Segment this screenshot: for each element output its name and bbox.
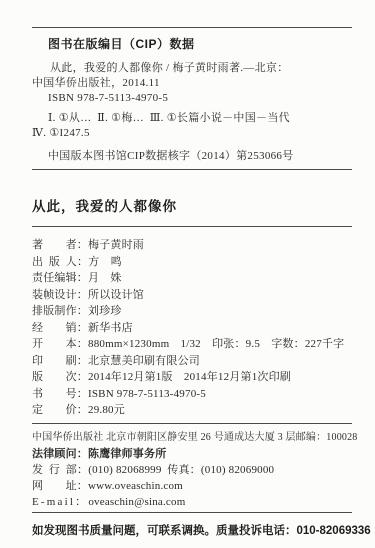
colophon-value: 29.80元 [88, 404, 125, 416]
book-copyright-page: 图书在版编目（CIP）数据 从此，我爱的人都像你 / 梅子黄时雨著.—北京： 中… [0, 0, 375, 548]
colophon-value: 2014年12月第1版 2014年12月第1次印刷 [88, 371, 291, 383]
email-label: E-mail： [32, 496, 88, 508]
colophon-row-distribution: 经 销：新华书店 [32, 320, 352, 337]
colophon-row-format: 开 本：880mm×1230mm 1/32 印张：9.5 字数：227千字 [32, 336, 352, 353]
colophon-label: 责任编辑： [32, 272, 88, 284]
colophon-row-isbn: 书 号：ISBN 978-7-5113-4970-5 [32, 386, 352, 403]
divider-after-title [32, 226, 352, 227]
colophon-label: 定 价： [32, 404, 88, 416]
colophon-row-edition: 版 次：2014年12月第1版 2014年12月第1次印刷 [32, 369, 352, 386]
colophon-label: 开 本： [32, 338, 88, 350]
colophon-label: 印 刷： [32, 355, 88, 367]
cip-registry-line: 中国版本图书馆CIP数据核字（2014）第253066号 [32, 149, 352, 164]
distribution-dept-label: 发 行 部： [32, 464, 88, 476]
colophon-label: 经 销： [32, 322, 88, 334]
cip-record-line: 从此，我爱的人都像你 / 梅子黄时雨著.—北京： [32, 61, 352, 76]
book-title: 从此，我爱的人都像你 [32, 198, 352, 215]
colophon-value: 方 鸣 [88, 256, 122, 268]
publisher-address-line: 中国华侨出版社 北京市朝阳区静安里 26 号通成达大厦 3 层 邮编：10002… [32, 430, 352, 446]
cip-classification-block: Ⅰ. ①从… Ⅱ. ①梅… Ⅲ. ①长篇小说－中国－当代 Ⅳ. ①I247.5 [32, 111, 352, 141]
colophon-row-publisher: 出 版 人：方 鸣 [32, 254, 352, 271]
cip-record-line: ISBN 978-7-5113-4970-5 [32, 91, 352, 106]
colophon-value: ISBN 978-7-5113-4970-5 [88, 388, 206, 400]
divider-top [32, 27, 352, 28]
email-address: oveaschin@sina.com [88, 496, 185, 508]
cip-classification-line: Ⅰ. ①从… Ⅱ. ①梅… Ⅲ. ①长篇小说－中国－当代 [32, 111, 352, 126]
colophon-row-editor: 责任编辑：月 姝 [32, 270, 352, 287]
colophon-label: 排版制作： [32, 305, 88, 317]
divider-before-footer [32, 423, 352, 424]
colophon-row-typesetting: 排版制作：刘珍珍 [32, 303, 352, 320]
cip-record-block: 从此，我爱的人都像你 / 梅子黄时雨著.—北京： 中国华侨出版社，2014.11… [32, 61, 352, 106]
legal-advisor-label: 法律顾问： [32, 448, 88, 460]
divider-before-notice [32, 512, 352, 513]
divider-after-cip [32, 169, 352, 170]
colophon-value: 北京慧美印刷有限公司 [88, 355, 200, 367]
email-line: E-mail：oveaschin@sina.com [32, 494, 352, 510]
colophon-label: 版 次： [32, 371, 88, 383]
legal-advisor-line: 法律顾问：陈鹰律师事务所 [32, 446, 352, 462]
publisher-address: 中国华侨出版社 北京市朝阳区静安里 26 号通成达大厦 3 层 [32, 430, 296, 446]
colophon-value: 刘珍珍 [88, 305, 122, 317]
colophon-value: 新华书店 [88, 322, 133, 334]
colophon-value: 880mm×1230mm 1/32 印张：9.5 字数：227千字 [88, 338, 344, 350]
legal-advisor-value: 陈鹰律师事务所 [88, 448, 166, 460]
colophon-label: 装帧设计： [32, 289, 88, 301]
distribution-dept-value: (010) 82068999 传真：(010) 82069000 [88, 464, 274, 476]
colophon-row-author: 著 者：梅子黄时雨 [32, 237, 352, 254]
colophon-row-price: 定 价：29.80元 [32, 402, 352, 419]
colophon-row-printing: 印 刷：北京慧美印刷有限公司 [32, 353, 352, 370]
cip-classification-line: Ⅳ. ①I247.5 [32, 126, 352, 141]
colophon-value: 所以设计馆 [88, 289, 144, 301]
website-label: 网 址： [32, 480, 88, 492]
colophon-value: 梅子黄时雨 [88, 239, 144, 251]
publisher-footer: 中国华侨出版社 北京市朝阳区静安里 26 号通成达大厦 3 层 邮编：10002… [32, 430, 352, 510]
colophon-value: 月 姝 [88, 272, 122, 284]
distribution-dept-line: 发 行 部：(010) 82068999 传真：(010) 82069000 [32, 462, 352, 478]
colophon-label: 出 版 人： [32, 256, 88, 268]
colophon-block: 著 者：梅子黄时雨 出 版 人：方 鸣 责任编辑：月 姝 装帧设计：所以设计馆 … [32, 237, 352, 419]
website-line: 网 址：www.oveaschin.com [32, 478, 352, 494]
colophon-row-design: 装帧设计：所以设计馆 [32, 287, 352, 304]
publisher-postcode: 邮编：100028 [296, 430, 358, 446]
quality-notice: 如发现图书质量问题，可联系调换。质量投诉电话：010-82069336 [32, 523, 352, 539]
website-url: www.oveaschin.com [88, 480, 183, 492]
colophon-label: 书 号： [32, 388, 88, 400]
cip-heading: 图书在版编目（CIP）数据 [32, 37, 352, 51]
colophon-label: 著 者： [32, 239, 88, 251]
cip-record-line: 中国华侨出版社，2014.11 [32, 76, 352, 91]
